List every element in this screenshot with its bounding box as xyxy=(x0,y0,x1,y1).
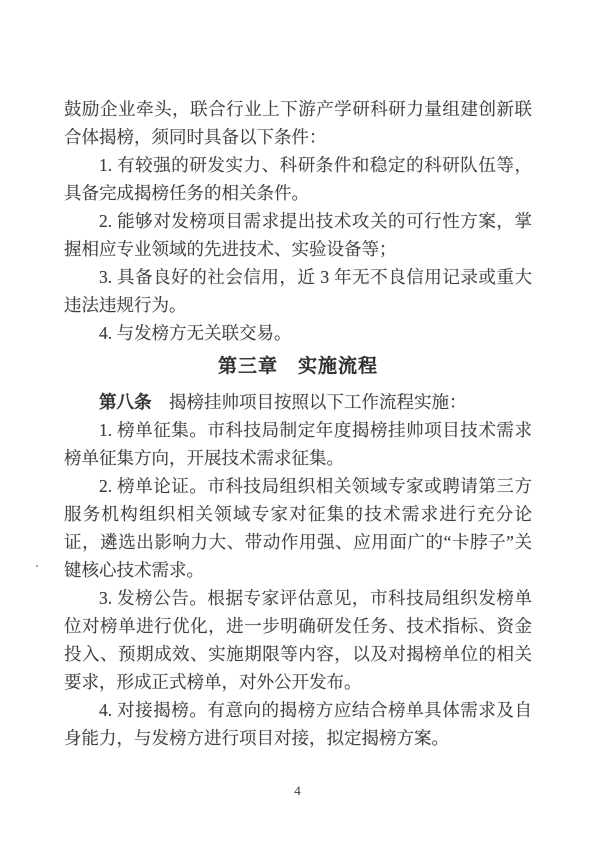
condition-item-2: 2. 能够对发榜项目需求提出技术攻关的可行性方案，掌握相应专业领域的先进技术、实… xyxy=(64,207,532,263)
scan-artifact-dot xyxy=(36,565,38,567)
step-item-4: 4. 对接揭榜。有意向的揭榜方应结合榜单具体需求及自身能力，与发榜方进行项目对接… xyxy=(64,696,532,752)
page-number: 4 xyxy=(0,783,595,799)
paragraph-intro-continuation: 鼓励企业牵头，联合行业上下游产学研科研力量组建创新联合体揭榜，须同时具备以下条件… xyxy=(64,95,532,151)
document-page: 鼓励企业牵头，联合行业上下游产学研科研力量组建创新联合体揭榜，须同时具备以下条件… xyxy=(0,0,595,841)
step-item-3: 3. 发榜公告。根据专家评估意见，市科技局组织发榜单位对榜单进行优化，进一步明确… xyxy=(64,584,532,696)
article-paragraph: 第八条 揭榜挂帅项目按照以下工作流程实施： xyxy=(64,388,532,416)
chapter-heading: 第三章 实施流程 xyxy=(64,353,532,381)
condition-item-1: 1. 有较强的研发实力、科研条件和稳定的科研队伍等，具备完成揭榜任务的相关条件。 xyxy=(64,151,532,207)
step-item-1: 1. 榜单征集。市科技局制定年度揭榜挂帅项目技术需求榜单征集方向，开展技术需求征… xyxy=(64,416,532,472)
article-number-label: 第八条 xyxy=(99,392,152,412)
step-item-2: 2. 榜单论证。市科技局组织相关领域专家或聘请第三方服务机构组织相关领域专家对征… xyxy=(64,472,532,584)
document-body: 鼓励企业牵头，联合行业上下游产学研科研力量组建创新联合体揭榜，须同时具备以下条件… xyxy=(64,95,532,752)
condition-item-3: 3. 具备良好的社会信用，近 3 年无不良信用记录或重大违法违规行为。 xyxy=(64,263,532,319)
article-text: 揭榜挂帅项目按照以下工作流程实施： xyxy=(152,392,467,412)
condition-item-4: 4. 与发榜方无关联交易。 xyxy=(64,319,532,347)
